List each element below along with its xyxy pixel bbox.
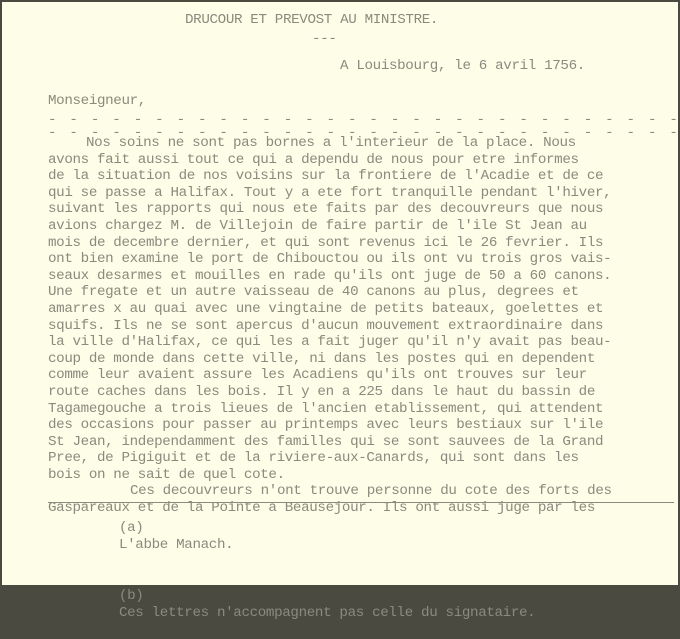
footnote: (b) Ces lettres n'accompagnent pas celle… (70, 571, 535, 587)
body-line: amarres x au quai avec une vingtaine de … (48, 301, 612, 318)
footnote: (a) L'abbe Manach. (70, 503, 535, 571)
footnote-text: L'abbe Manach. (119, 537, 233, 553)
document-title: DRUCOUR ET PREVOST AU MINISTRE. (185, 12, 438, 28)
body-line: de la situation de nos voisins sur la fr… (48, 168, 612, 185)
body-line: St Jean, independamment des familles qui… (48, 434, 612, 451)
body-line: Pree, de Pigiguit et de la riviere-aux-C… (48, 450, 612, 467)
title-separator: --- (312, 31, 337, 47)
salutation: Monseigneur, (48, 93, 146, 109)
footnotes: (a) L'abbe Manach. (b) Ces lettres n'acc… (70, 503, 535, 587)
body-line: la ville d'Halifax, ce qui les a fait ju… (48, 334, 612, 351)
body-line: Nos soins ne sont pas bornes a l'interie… (48, 135, 612, 152)
body-line: Ces decouvreurs n'ont trouve personne du… (48, 483, 612, 500)
body-line: comme leur avaient assure les Acadiens q… (48, 367, 612, 384)
body-line: squifs. Ils ne se sont apercus d'aucun m… (48, 318, 612, 335)
body-line: seaux desarmes et mouilles en rade qu'il… (48, 268, 612, 285)
body-line: avions chargez M. de Villejoin de faire … (48, 218, 612, 235)
body-line: mois de decembre dernier, et qui sont re… (48, 235, 612, 252)
footnote-mark: (a) (119, 520, 144, 537)
body-line: Une fregate et un autre vaisseau de 40 c… (48, 284, 612, 301)
letter-body: Nos soins ne sont pas bornes a l'interie… (48, 135, 612, 517)
dateline: A Louisbourg, le 6 avril 1756. (340, 58, 585, 74)
body-line: route caches dans les bois. Il y en a 22… (48, 384, 612, 401)
body-line: qui se passe a Halifax. Tout y a ete for… (48, 185, 612, 202)
body-line: des occasions pour passer au printemps a… (48, 417, 612, 434)
body-line: suivant les rapports qui nous ete faits … (48, 201, 612, 218)
body-line: ont bien examine le port de Chibouctou o… (48, 251, 612, 268)
body-line: avons fait aussi tout ce qui a dependu d… (48, 152, 612, 169)
document-page: DRUCOUR ET PREVOST AU MINISTRE. --- A Lo… (2, 2, 678, 585)
body-line: coup de monde dans cette ville, ni dans … (48, 351, 612, 368)
body-line: bois on ne sait de quel cote. (48, 467, 612, 484)
body-line: Tagamegouche a trois lieues de l'ancien … (48, 401, 612, 418)
